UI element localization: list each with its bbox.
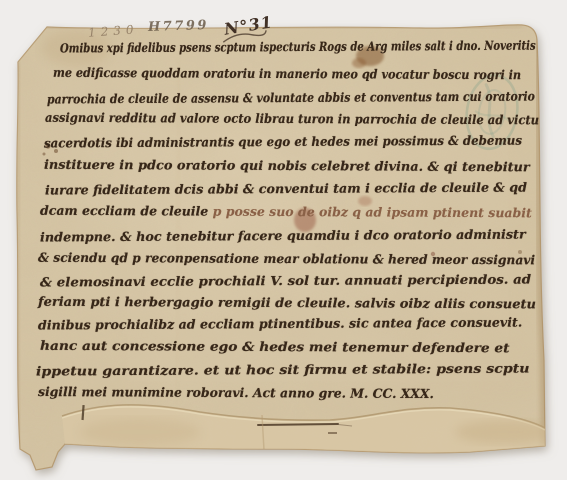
plica-small-mark [328,432,337,434]
parchment-image [0,0,567,480]
brown-stain-small [352,58,366,68]
charter-photograph: 1230 H7799 N°31 Omibus xpi fidelibus pse… [0,0,567,480]
red-smudge [358,196,372,206]
freckle-4 [518,250,522,254]
freckle-1 [45,143,50,148]
plica-shading-right [455,420,555,444]
freckle-5 [431,252,435,256]
red-blot [294,208,316,232]
freckle-3 [43,153,46,156]
corner-shading [42,30,110,66]
plica-shading-left [80,418,200,446]
seal-slit [258,424,338,425]
freckle-2 [54,149,58,153]
